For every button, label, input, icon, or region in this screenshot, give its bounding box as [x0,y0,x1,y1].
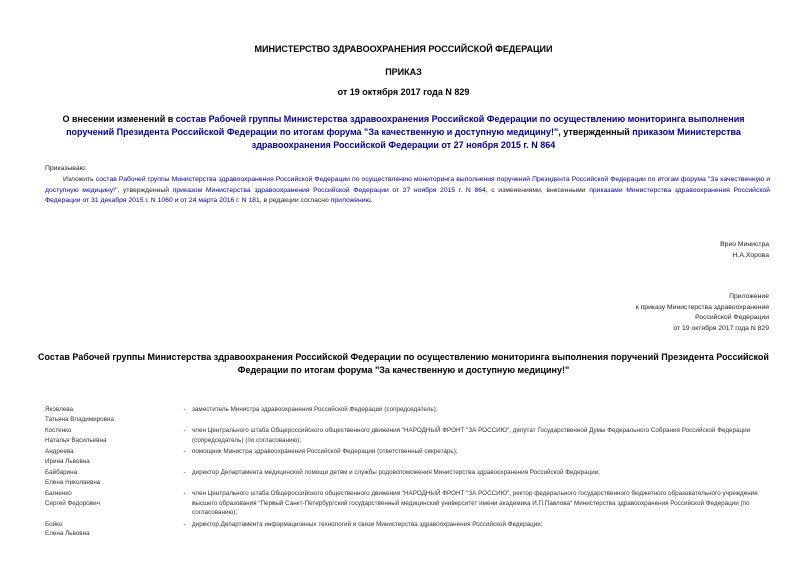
member-row: АндрееваИрина Львовна-помощник Министра … [45,447,775,466]
member-given-name: Наталья Васильевна [45,436,177,446]
member-row: ЯковлеваТатьяна Владимировна-заместитель… [45,405,775,424]
dash-separator: - [177,468,192,487]
member-surname: Яковлева [45,405,177,415]
body-text: , в редакции согласно [260,197,331,204]
member-given-name: Елена Львовна [45,529,177,539]
member-name: КостенкоНаталья Васильевна [45,426,177,445]
member-surname: Бойко [45,520,177,530]
title-text: О внесении изменений в [63,114,176,124]
member-row: БайбаринаЕлена Николаевна-директор Депар… [45,468,775,487]
body-text: Изложить [63,176,96,183]
appendix-line: к приказу Министерства здравоохранения [636,303,769,314]
dash-separator: - [177,489,192,518]
title-text: , утвержденный [558,127,632,137]
order-label: ПРИКАЗ [0,67,807,77]
member-row: БагненкоСергей Федорович-член Центрально… [45,489,775,518]
dash-separator: - [177,426,192,445]
document-title: О внесении изменений в состав Рабочей гр… [40,113,767,152]
body-link-order-864[interactable]: приказом Министерства здравоохранения Ро… [173,187,486,194]
appendix-line: от 19 октября 2017 года N 829 [636,324,769,335]
member-given-name: Сергей Федорович [45,499,177,509]
member-role: директор Департамента информационных тех… [192,520,775,539]
signature-block: Врио Министра Н.А.Хорова [720,240,769,261]
order-date: от 19 октября 2017 года N 829 [0,87,807,97]
member-role: заместитель Министра здравоохранения Рос… [192,405,775,424]
body-text: , с изменениями, внесенными [486,187,589,194]
member-role: директор Департамента медицинской помощи… [192,468,775,487]
appendix-block: Приложение к приказу Министерства здраво… [636,292,769,334]
signature-name: Н.А.Хорова [720,251,769,262]
member-surname: Багненко [45,489,177,499]
member-given-name: Ирина Львовна [45,457,177,467]
member-name: ЯковлеваТатьяна Владимировна [45,405,177,424]
body-text: , утвержденный [117,187,172,194]
member-name: БагненкоСергей Федорович [45,489,177,518]
member-role: помощник Министра здравоохранения Россий… [192,447,775,466]
dash-separator: - [177,520,192,539]
member-given-name: Елена Николаевна [45,478,177,488]
member-role: член Центрального штаба Общероссийского … [192,426,775,445]
member-row: КостенкоНаталья Васильевна-член Централь… [45,426,775,445]
member-surname: Андреева [45,447,177,457]
member-surname: Костенко [45,426,177,436]
member-name: БойкоЕлена Львовна [45,520,177,539]
member-given-name: Татьяна Владимировна [45,415,177,425]
order-body: Изложить состав Рабочей группы Министерс… [45,175,770,207]
member-name: БайбаринаЕлена Николаевна [45,468,177,487]
member-surname: Байбарина [45,468,177,478]
body-text: . [371,197,373,204]
composition-title: Состав Рабочей группы Министерства здрав… [30,351,777,377]
ministry-heading: МИНИСТЕРСТВО ЗДРАВООХРАНЕНИЯ РОССИЙСКОЙ … [0,44,807,54]
appendix-line: Российской Федерации [636,313,769,324]
dash-separator: - [177,447,192,466]
member-role: член Центрального штаба Общероссийского … [192,489,775,518]
appendix-line: Приложение [636,292,769,303]
signature-position: Врио Министра [720,240,769,251]
member-row: БойкоЕлена Львовна-директор Департамента… [45,520,775,539]
dash-separator: - [177,405,192,424]
order-word: Приказываю: [45,165,87,172]
member-name: АндрееваИрина Львовна [45,447,177,466]
body-link-appendix[interactable]: приложению [331,197,371,204]
members-list: ЯковлеваТатьяна Владимировна-заместитель… [45,405,775,541]
